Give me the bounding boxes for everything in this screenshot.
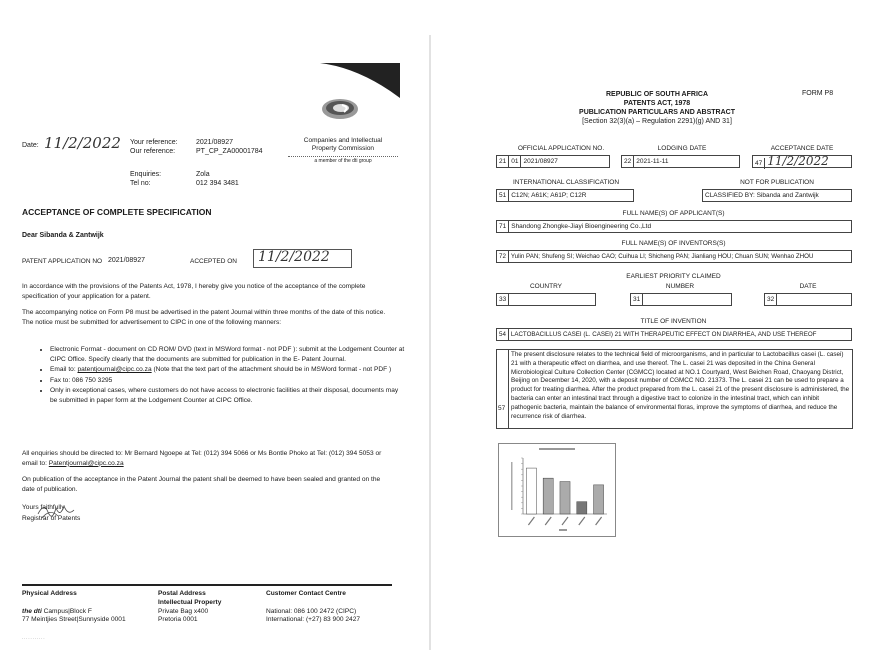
list-item: Electronic Format - document on CD ROM/ … xyxy=(50,345,406,364)
signature-icon xyxy=(36,500,76,522)
abstract-figure-chart xyxy=(498,443,616,537)
intl-class-label: INTERNATIONAL CLASSIFICATION xyxy=(496,179,636,186)
list-item: Fax to: 086 750 3295 xyxy=(50,376,406,386)
inventors-field: 72Yulin PAN; Shufeng SI; Weichao CAO; Cu… xyxy=(496,250,852,263)
your-reference: 2021/08927 xyxy=(196,138,263,147)
form-p8-page: REPUBLIC OF SOUTH AFRICA PATENTS ACT, 19… xyxy=(432,0,884,650)
list-item: Only in exceptional cases, where custome… xyxy=(50,386,406,405)
title-label: TITLE OF INVENTION xyxy=(496,318,851,325)
acceptance-date-field: 4711/2/2022 xyxy=(752,155,852,168)
inventors-label: FULL NAME(S) OF INVENTORS(S) xyxy=(496,240,851,247)
priority-label: EARLIEST PRIORITY CLAIMED xyxy=(496,273,851,280)
email-link[interactable]: patentjournal@cipc.co.za xyxy=(77,366,151,373)
list-item: Email to: patentjournal@cipc.co.za (Note… xyxy=(50,365,406,375)
paragraph-publication: On publication of the acceptance in the … xyxy=(22,475,392,494)
classified-by-field: CLASSIFIED BY: Sibanda and Zantwijk xyxy=(702,189,852,202)
reference-values: 2021/08927 PT_CP_ZA00001784 xyxy=(196,138,263,156)
acceptance-letter-page: Companies and Intellectual Property Comm… xyxy=(0,0,430,650)
official-app-label: OFFICIAL APPLICATION NO. xyxy=(496,145,626,152)
footer-contact-centre: Customer Contact Centre National: 086 10… xyxy=(266,590,360,625)
letter-title: ACCEPTANCE OF COMPLETE SPECIFICATION xyxy=(22,207,212,217)
acceptance-date-label: ACCEPTANCE DATE xyxy=(752,145,852,152)
enquiry-values: Zola 012 394 3481 xyxy=(196,170,239,188)
footer-physical-address: Physical Address the dti Campus|Block F … xyxy=(22,590,126,625)
our-reference: PT_CP_ZA00001784 xyxy=(196,147,263,156)
number-label: NUMBER xyxy=(630,283,730,290)
footer-divider xyxy=(22,584,392,586)
salutation: Dear Sibanda & Zantwijk xyxy=(22,232,104,239)
cipc-logo-icon xyxy=(320,95,360,121)
enquiry-labels: Enquiries: Tel no: xyxy=(130,170,161,188)
paragraph-enquiries: All enquiries should be directed to: Mr … xyxy=(22,449,392,468)
handwritten-date: 11/2/2022 xyxy=(44,134,121,152)
paragraph-notice: In accordance with the provisions of the… xyxy=(22,282,392,301)
accepted-on-label: ACCEPTED ON xyxy=(190,258,237,265)
abstract-text: The present disclosure relates to the te… xyxy=(511,351,850,421)
priority-date-label: DATE xyxy=(764,283,852,290)
lodging-date-field: 222021-11-11 xyxy=(621,155,740,168)
org-name: Companies and Intellectual Property Comm… xyxy=(288,137,398,153)
footer-postal-address: Postal Address Intellectual Property Pri… xyxy=(158,590,221,625)
footer-fineprint: · · · · · · · · · · · xyxy=(22,637,45,641)
country-field: 33 xyxy=(496,293,596,306)
official-app-field: 21012021/08927 xyxy=(496,155,610,168)
intl-class-field: 51C12N; A61K; A61P; C12R xyxy=(496,189,634,202)
applicant-field: 71Shandong Zhongke-Jiayi Bioengineering … xyxy=(496,220,852,233)
reference-labels: Your reference: Our reference: xyxy=(130,138,178,156)
title-field: 54LACTOBACILLUS CASEI (L. CASEI) 21 WITH… xyxy=(496,328,852,341)
country-label: COUNTRY xyxy=(496,283,596,290)
form-header: REPUBLIC OF SOUTH AFRICA PATENTS ACT, 19… xyxy=(492,90,822,126)
patent-application-label: PATENT APPLICATION NO xyxy=(22,258,102,265)
date-label: Date: xyxy=(22,142,39,149)
priority-date-field: 32 xyxy=(764,293,852,306)
applicant-label: FULL NAME(S) OF APPLICANT(S) xyxy=(496,210,851,217)
bar-chart xyxy=(499,444,615,536)
number-field: 31 xyxy=(630,293,732,306)
form-label: FORM P8 xyxy=(802,90,833,97)
lodging-date-label: LODGING DATE xyxy=(622,145,742,152)
corner-graphic xyxy=(320,63,400,98)
accepted-on-date: 11/2/2022 xyxy=(258,249,330,265)
submission-methods-list: Electronic Format - document on CD ROM/ … xyxy=(36,345,406,407)
patent-application-no: 2021/08927 xyxy=(108,257,145,264)
org-tagline: a member of the dti group xyxy=(288,156,398,164)
page-divider xyxy=(429,35,431,650)
paragraph-advertise: The accompanying notice on Form P8 must … xyxy=(22,308,392,327)
tel-number: 012 394 3481 xyxy=(196,179,239,188)
enquiries-contact: Zola xyxy=(196,170,239,179)
email-link[interactable]: Patentjournal@cipc.co.za xyxy=(49,460,124,467)
abstract-box: 57 The present disclosure relates to the… xyxy=(496,349,853,429)
not-for-publication-label: NOT FOR PUBLICATION xyxy=(702,179,852,186)
